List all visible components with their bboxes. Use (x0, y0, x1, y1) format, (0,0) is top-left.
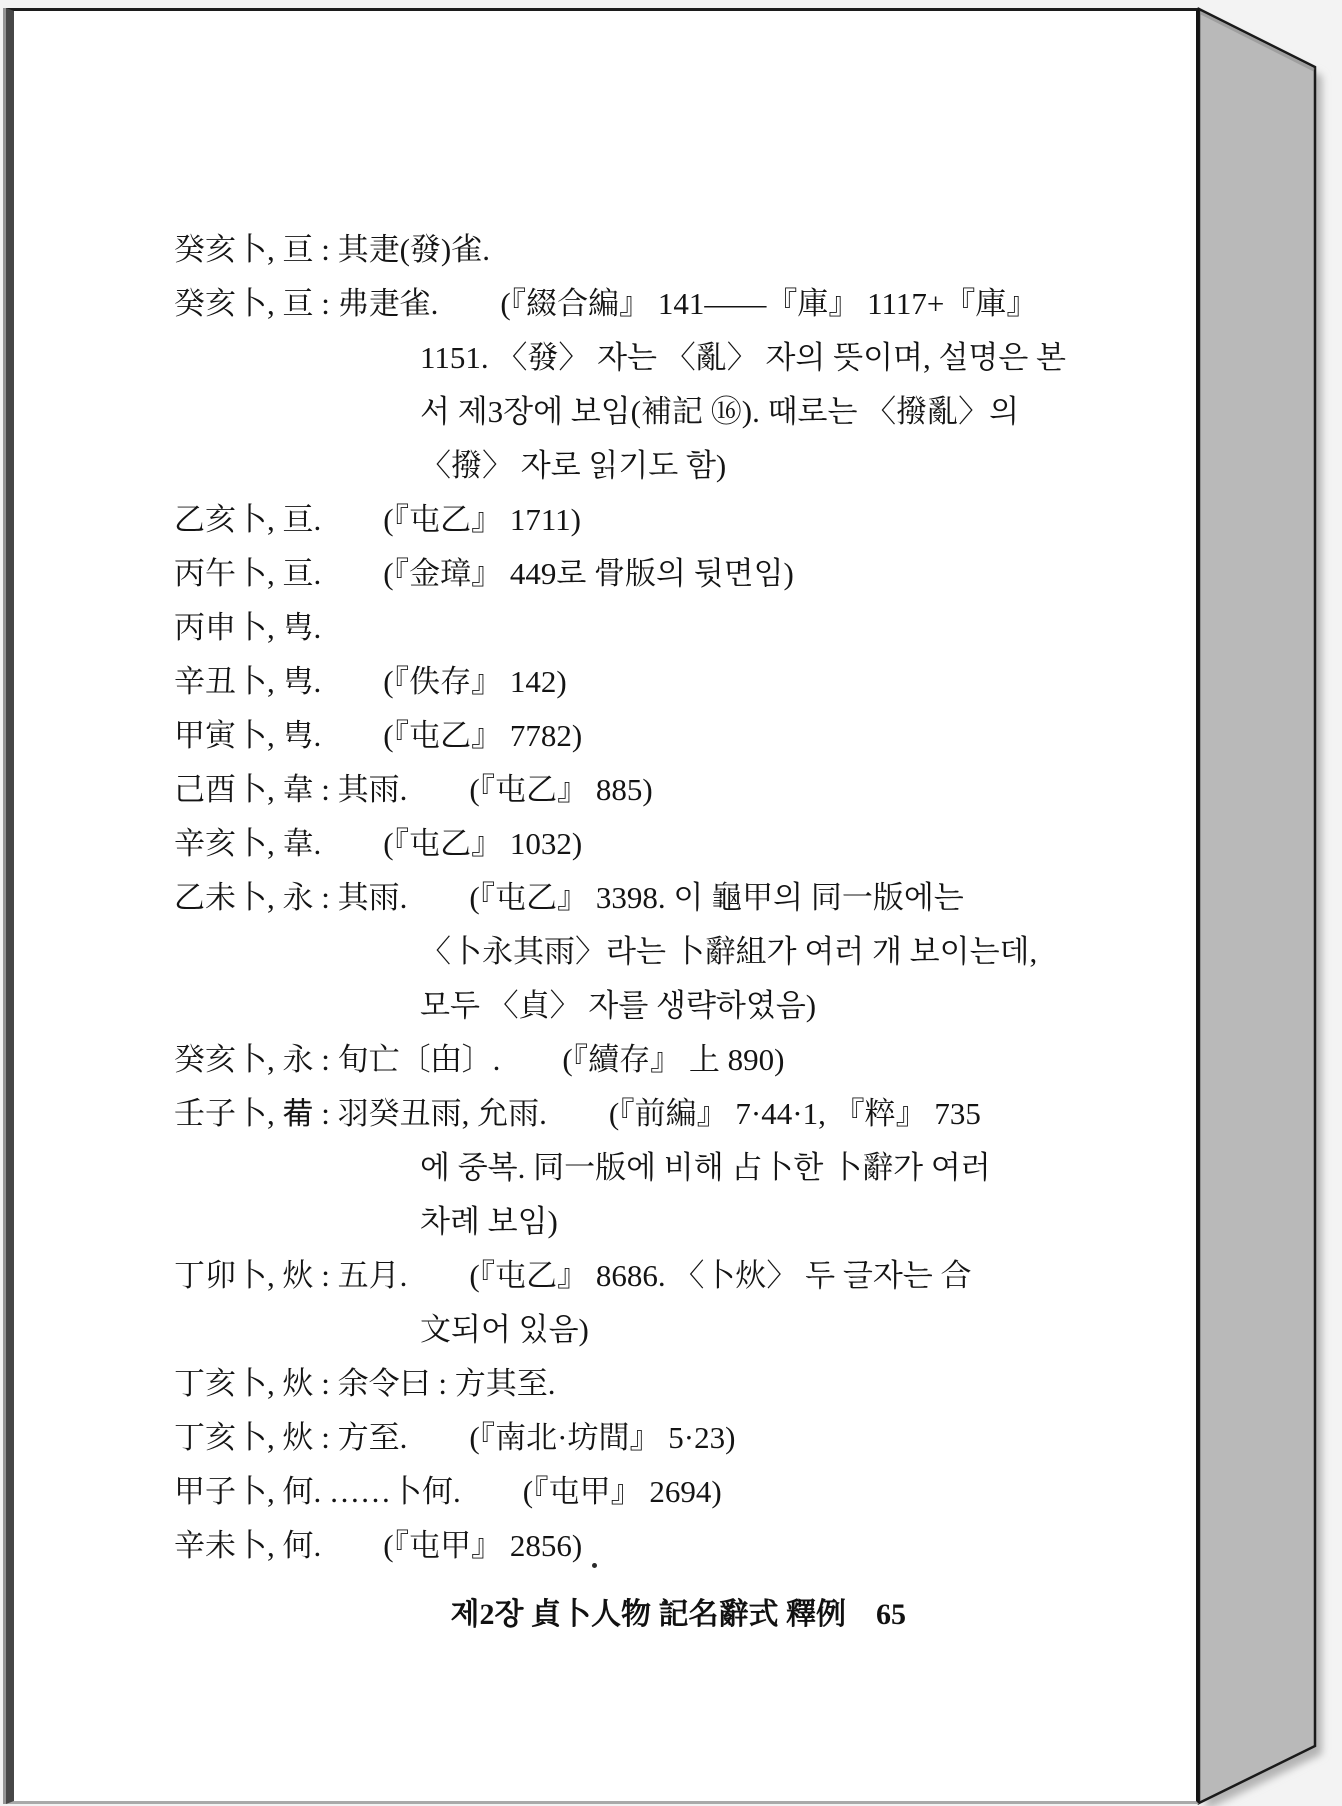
entry-line: 丁亥卜, 炏 : 方至. (『南北·坊間』 5·23) (174, 1411, 1176, 1465)
oracle-entry: 癸亥卜, 永 : 旬亡〔甶〕. (『續存』 上 890) (174, 1033, 1176, 1087)
entry-line: 癸亥卜, 永 : 旬亡〔甶〕. (『續存』 上 890) (174, 1033, 1176, 1087)
oracle-entry: 甲子卜, 何. ……卜何. (『屯甲』 2694) (174, 1465, 1176, 1519)
oracle-entry: 乙亥卜, 亘. (『屯乙』 1711) (174, 493, 1176, 547)
entry-line: 차례 보임) (174, 1195, 1176, 1249)
entry-line: 辛丑卜, 㽕. (『佚存』 142) (174, 655, 1176, 709)
edge-face (1199, 9, 1315, 1803)
entry-line: 癸亥卜, 亘 : 弗疌雀. (『綴合編』 141——『庫』 1117+『庫』 (174, 277, 1176, 331)
entry-line: 〈撥〉 자로 읽기도 함) (174, 439, 1176, 493)
entry-line: 甲寅卜, 㽕. (『屯乙』 7782) (174, 709, 1176, 763)
page: 癸亥卜, 亘 : 其疌(發)雀. 癸亥卜, 亘 : 弗疌雀. (『綴合編』 14… (6, 8, 1199, 1804)
entry-line: 文되어 있음) (174, 1303, 1176, 1357)
oracle-entry: 癸亥卜, 亘 : 其疌(發)雀. (174, 223, 1176, 277)
oracle-entry: 辛丑卜, 㽕. (『佚存』 142) (174, 655, 1176, 709)
entry-line: 모두 〈貞〉 자를 생략하였음) (174, 979, 1176, 1033)
entry-line: 丁卯卜, 炏 : 五月. (『屯乙』 8686. 〈卜炏〉 두 글자는 合 (174, 1249, 1176, 1303)
entry-line: 에 중복. 同一版에 비해 占卜한 卜辭가 여러 (174, 1141, 1176, 1195)
oracle-entry: 辛未卜, 何. (『屯甲』 2856) (174, 1519, 1176, 1573)
footer-chapter: 제2장 貞卜人物 記名辭式 釋例 (451, 1598, 846, 1631)
entry-line: 丁亥卜, 炏 : 余令曰 : 方其至. (174, 1357, 1176, 1411)
oracle-entry: 乙未卜, 永 : 其雨. (『屯乙』 3398. 이 龜甲의 同一版에는 〈卜永… (174, 871, 1176, 1033)
entry-line: 〈卜永其雨〉라는 卜辭組가 여러 개 보이는데, (174, 925, 1176, 979)
oracle-entry: 己酉卜, 韋 : 其雨. (『屯乙』 885) (174, 763, 1176, 817)
entry-line: 甲子卜, 何. ……卜何. (『屯甲』 2694) (174, 1465, 1176, 1519)
entry-line: 서 제3장에 보임(補記 ⑯). 때로는 〈撥亂〉의 (174, 385, 1176, 439)
entry-line: 乙未卜, 永 : 其雨. (『屯乙』 3398. 이 龜甲의 同一版에는 (174, 871, 1176, 925)
entry-line: 壬子卜, 𤰇 : 羽癸丑雨, 允雨. (『前編』 7·44·1, 『粹』 735 (174, 1087, 1176, 1141)
entry-line: 丙午卜, 亘. (『金璋』 449로 骨版의 뒷면임) (174, 547, 1176, 601)
entry-line: 癸亥卜, 亘 : 其疌(發)雀. (174, 223, 1176, 277)
entry-line: 辛未卜, 何. (『屯甲』 2856) (174, 1519, 1176, 1573)
oracle-entry: 甲寅卜, 㽕. (『屯乙』 7782) (174, 709, 1176, 763)
entry-line: 1151. 〈發〉 자는 〈亂〉 자의 뜻이며, 설명은 본 (174, 331, 1176, 385)
entry-line: 乙亥卜, 亘. (『屯乙』 1711) (174, 493, 1176, 547)
oracle-entry: 丙午卜, 亘. (『金璋』 449로 骨版의 뒷면임) (174, 547, 1176, 601)
running-footer: 제2장 貞卜人物 記名辭式 釋例65 (14, 1589, 906, 1633)
entry-line: 己酉卜, 韋 : 其雨. (『屯乙』 885) (174, 763, 1176, 817)
entry-line: 辛亥卜, 韋. (『屯乙』 1032) (174, 817, 1176, 871)
oracle-entry: 壬子卜, 𤰇 : 羽癸丑雨, 允雨. (『前編』 7·44·1, 『粹』 735… (174, 1087, 1176, 1249)
oracle-entry: 丁卯卜, 炏 : 五月. (『屯乙』 8686. 〈卜炏〉 두 글자는 合 文되… (174, 1249, 1176, 1357)
oracle-entry: 丙申卜, 㽕. (174, 601, 1176, 655)
oracle-entry: 癸亥卜, 亘 : 弗疌雀. (『綴合編』 141——『庫』 1117+『庫』 1… (174, 277, 1176, 493)
footer-page-number: 65 (876, 1598, 906, 1631)
oracle-entry: 丁亥卜, 炏 : 方至. (『南北·坊間』 5·23) (174, 1411, 1176, 1465)
entry-line: 丙申卜, 㽕. (174, 601, 1176, 655)
oracle-entry: 辛亥卜, 韋. (『屯乙』 1032) (174, 817, 1176, 871)
scan-speck (592, 1563, 597, 1568)
entries-list: 癸亥卜, 亘 : 其疌(發)雀. 癸亥卜, 亘 : 弗疌雀. (『綴合編』 14… (174, 223, 1176, 1573)
oracle-entry: 丁亥卜, 炏 : 余令曰 : 方其至. (174, 1357, 1176, 1411)
